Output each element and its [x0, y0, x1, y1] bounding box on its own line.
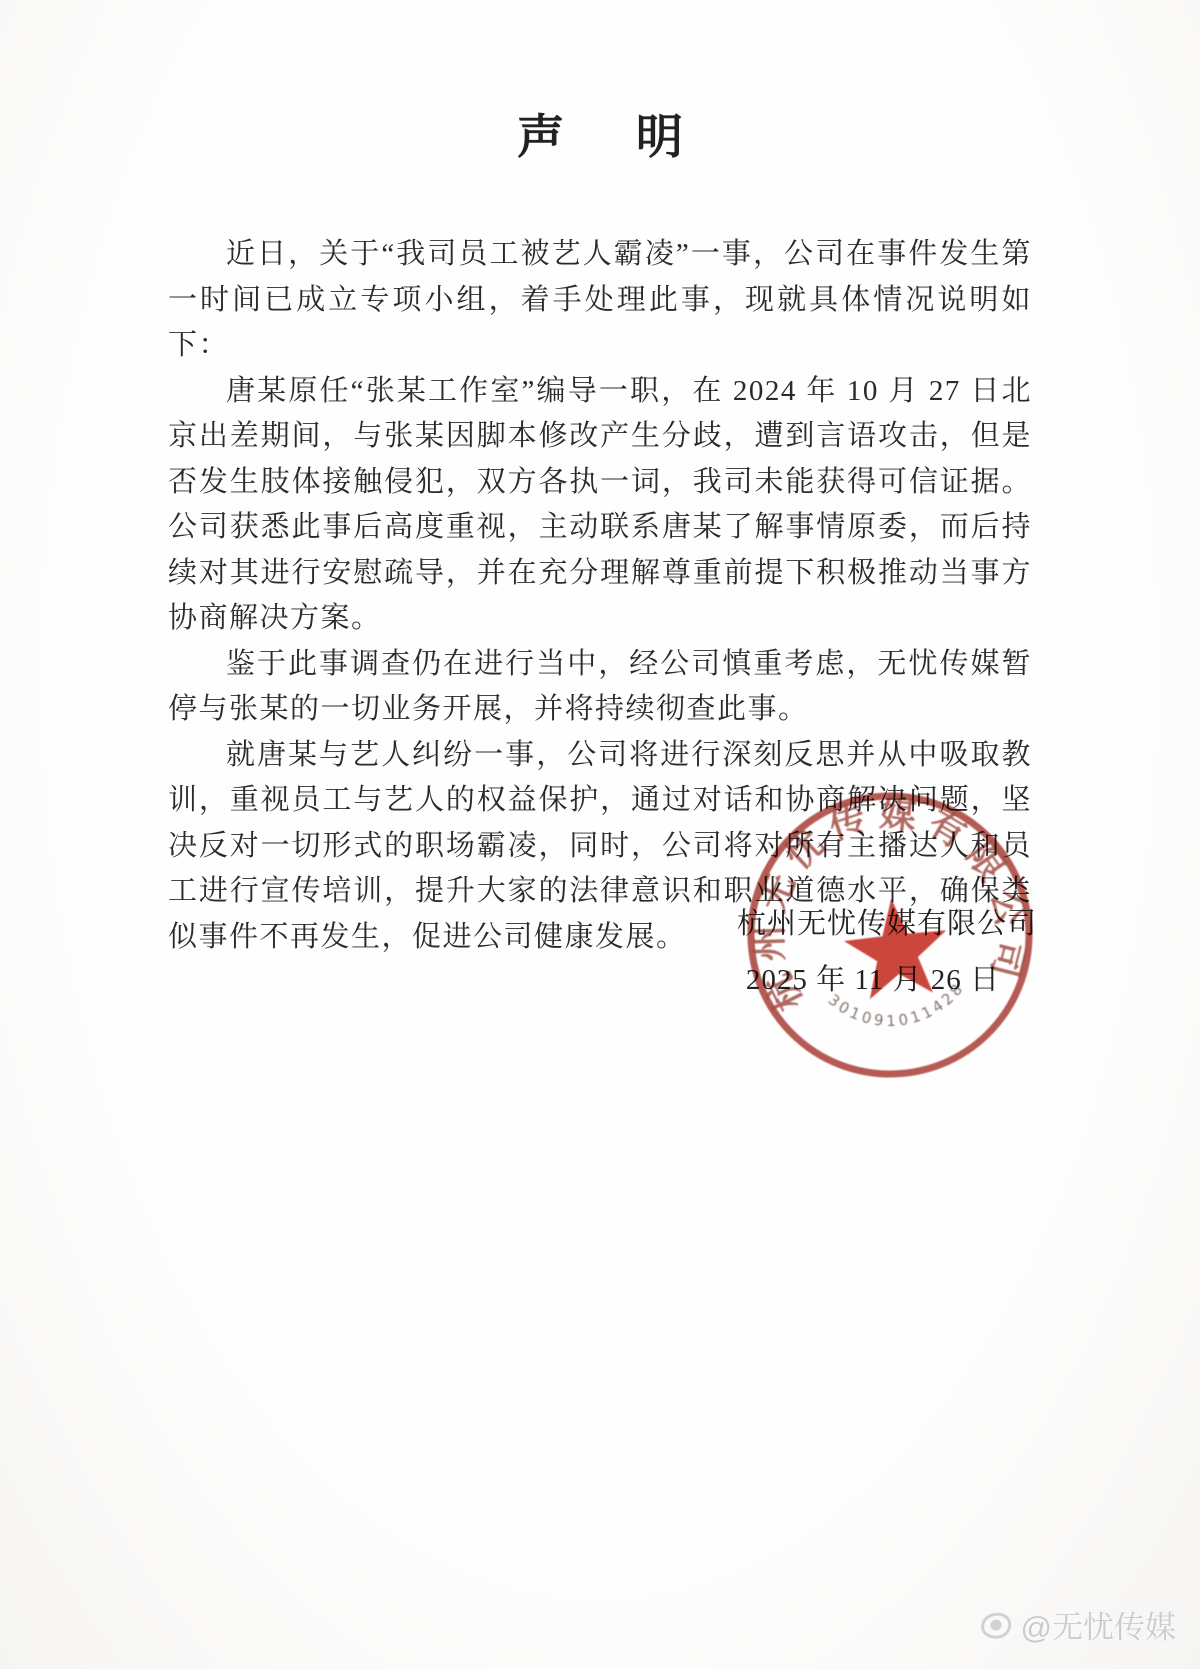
watermark-handle: @无忧传媒 [1021, 1602, 1176, 1647]
paragraph-intro: 近日，关于“我司员工被艺人霸凌”一事，公司在事件发生第一时间已成立专项小组，着手… [168, 232, 1032, 369]
paragraph-suspend: 鉴于此事调查仍在进行当中，经公司慎重考虑，无忧传媒暂停与张某的一切业务开展，并将… [168, 642, 1032, 733]
weibo-eye-icon [979, 1608, 1013, 1642]
watermark: @无忧传媒 [979, 1602, 1176, 1647]
company-seal-stamp: 杭州无忧传媒有限公司 33010910114289 [725, 770, 1055, 1100]
statement-page: 声 明 近日，关于“我司员工被艺人霸凌”一事，公司在事件发生第一时间已成立专项小… [0, 0, 1200, 1669]
paragraph-incident: 唐某原任“张某工作室”编导一职，在 2024 年 10 月 27 日北京出差期间… [168, 369, 1032, 642]
page-title: 声 明 [0, 100, 1200, 167]
seal-star-icon [840, 893, 952, 1001]
